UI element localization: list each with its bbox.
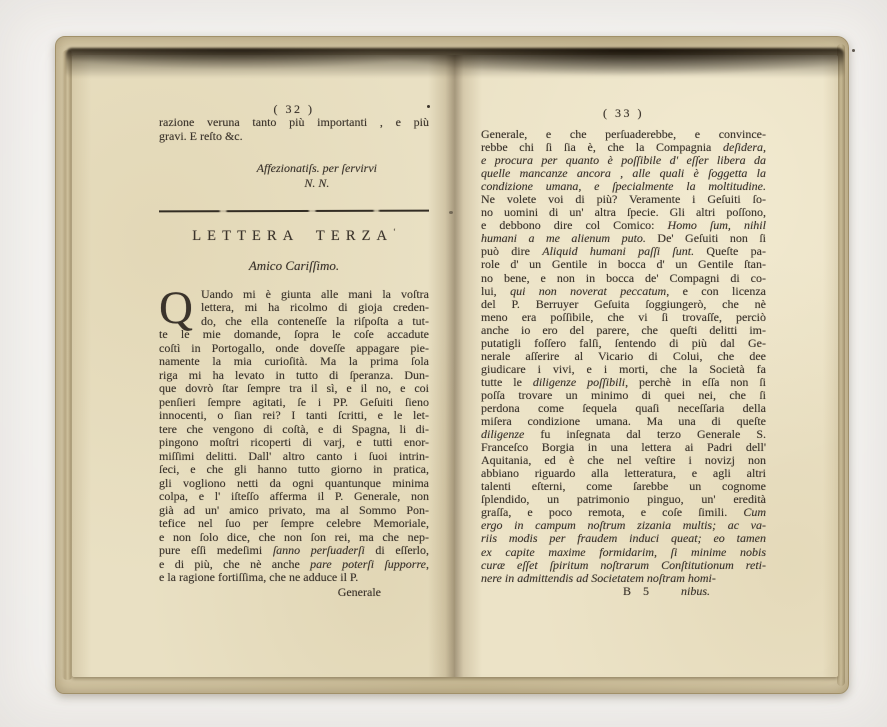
text-segment: condizione umana, e ſpecialmente la molt… xyxy=(481,179,766,193)
text-line: e la ragione fortiſſima, che ne adduce i… xyxy=(159,571,429,585)
text-segment: , e con licenza xyxy=(666,284,766,298)
text-segment: riga mi ha levato in tutto di ſperanza. … xyxy=(159,368,429,382)
letter-heading: LETTERA TERZAʻ xyxy=(159,223,429,245)
text-segment: Aliquid humani paſſi ſunt. xyxy=(542,244,694,258)
text-segment: deſidera, xyxy=(723,140,766,154)
drop-cap-initial: Q xyxy=(159,288,201,327)
right-catchword: nibus. xyxy=(681,585,710,598)
text-segment: pure eſſi medeſimi xyxy=(159,543,273,557)
text-line: gli vogliono netti da ogni quantunque mi… xyxy=(159,477,429,491)
text-segment: e la ragione fortiſſima, che ne adduce i… xyxy=(159,570,358,584)
right-page-footer: B 5 nibus. xyxy=(481,585,766,598)
cover-right-edge xyxy=(837,44,845,687)
text-segment: diligenze poſſibili xyxy=(533,375,625,389)
text-segment: razione veruna tanto più importanti , e … xyxy=(159,115,429,129)
text-segment: , xyxy=(426,557,429,571)
text-line: pure eſſi medeſimi ſanno perſuaderſi di … xyxy=(159,544,429,558)
text-segment: può dire xyxy=(481,244,542,258)
text-segment: Homo ſum, nihil xyxy=(668,218,766,232)
text-line: colpa, e l' iſteſſo afferma il P. Genera… xyxy=(159,490,429,504)
text-segment: ex capite maxime formidarim, ſi minime n… xyxy=(481,545,766,559)
text-line: coſtì in Portogallo, onde doveſſe appaga… xyxy=(159,342,429,356)
text-segment: fu inſegnata dal terzo Generale S. xyxy=(524,427,766,441)
text-segment: quelle mancanze ancora , alle quali è ſo… xyxy=(481,166,766,180)
text-segment: ſanno perſuaderſi xyxy=(273,543,365,557)
ink-speck xyxy=(427,105,430,108)
text-segment: gravi. E reſto &c. xyxy=(159,129,243,143)
text-segment: e debbono dire col Comico: xyxy=(481,218,668,232)
text-segment: tere che vengono di coſtà, e di Spagna, … xyxy=(159,422,429,436)
text-segment: penſieri ſempre agitati, ſe i PP. Geſuit… xyxy=(159,395,429,409)
text-segment: Aquitania, ed è che nel veſtire i novizj… xyxy=(481,453,766,467)
text-segment: gli vogliono netti da ogni quantunque mi… xyxy=(159,476,429,490)
text-segment: tutte le xyxy=(481,375,533,389)
left-page-text-column: ( 32 ) razione veruna tanto più importan… xyxy=(159,102,429,599)
text-line: innocenti, o ſian rei? I tanti ſcritti, … xyxy=(159,409,429,423)
left-catchword: Generale xyxy=(159,586,429,600)
open-pages: ( 32 ) razione veruna tanto più importan… xyxy=(72,55,838,677)
text-line: ſeci, e che gli hanno tutto giorno in pr… xyxy=(159,463,429,477)
text-line: già ad un' amico privato, ma al Sommo Po… xyxy=(159,504,429,518)
text-segment: giudicare i vivi, e i morti, che la Soci… xyxy=(481,362,766,376)
text-segment: coſtì in Portogallo, onde doveſſe appaga… xyxy=(159,341,429,355)
text-line: namente la mia curioſità. Ma la prima ſo… xyxy=(159,355,429,369)
text-line: tefice nel ſuo per ſempre celebre Memori… xyxy=(159,517,429,531)
text-segment: riis modis per fraudem induci queat; eo … xyxy=(481,531,766,545)
text-segment: graſſa, e poco remota, e coſe ſimili. xyxy=(481,505,743,519)
text-segment: te le mie domande, ſopra le coſe accadut… xyxy=(159,327,429,341)
text-segment: Cum xyxy=(743,505,766,519)
text-segment: pingono moſtri ricoperti di varj, e tutt… xyxy=(159,435,429,449)
text-segment: colpa, e l' iſteſſo afferma il P. Genera… xyxy=(159,489,429,503)
text-segment: qui non noverat peccatum xyxy=(510,284,666,298)
text-segment: no bene, e non in bocca de' Compagni di … xyxy=(481,271,766,285)
text-segment: ſplendido, un patrimonio pinguo, un' ere… xyxy=(481,492,766,506)
ink-speck xyxy=(449,211,453,214)
text-segment: curæ eſſet ſpiritum noſtrarum Conſtituti… xyxy=(481,558,766,572)
right-page: ( 33 ) Generale, e che perſuaderebbe, e … xyxy=(455,55,838,677)
text-segment: De' Geſuiti non ſi xyxy=(646,231,766,245)
text-line: gravi. E reſto &c. xyxy=(159,130,429,144)
text-segment: di eſſerlo, xyxy=(365,543,429,557)
text-segment: diligenze xyxy=(481,427,524,441)
signature-mark: B 5 xyxy=(623,585,649,598)
opening-paragraph: Q Uando mi è giunta alle mani la voſtral… xyxy=(159,288,429,585)
left-page-number: ( 32 ) xyxy=(159,102,429,116)
text-line: te le mie domande, ſopra le coſe accadut… xyxy=(159,328,429,342)
text-segment: putatigli foſſero falſi, ſentendo di più… xyxy=(481,336,766,350)
text-segment: Generale, e che perſuaderebbe, e convinc… xyxy=(481,127,766,141)
text-segment: nerale aſſerire al Vicario di Colui, che… xyxy=(481,349,766,363)
text-segment: e di più, che nè anche xyxy=(159,557,310,571)
text-segment: già ad un' amico privato, ma al Sommo Po… xyxy=(159,503,429,517)
book-cover: ( 32 ) razione veruna tanto più importan… xyxy=(55,36,849,694)
text-segment: Franceſco Borgia in una lettera ai Padri… xyxy=(481,440,766,454)
right-page-text-column: ( 33 ) Generale, e che perſuaderebbe, e … xyxy=(481,106,766,598)
text-segment: tefice nel ſuo per ſempre celebre Memori… xyxy=(159,516,429,530)
text-segment: poſſa trovare un minimo di quei nei, che… xyxy=(481,388,766,402)
text-segment: innocenti, o ſian rei? I tanti ſcritti, … xyxy=(159,408,429,422)
text-segment: e non ſolo dice, che non ſon rei, ma che… xyxy=(159,530,429,544)
text-segment: nere in admittendis ad Societatem noſtra… xyxy=(481,571,716,585)
text-line: penſieri ſempre agitati, ſe i PP. Geſuit… xyxy=(159,396,429,410)
heading-ink-mark: ʻ xyxy=(393,227,396,236)
text-line: pingono moſtri ricoperti di varj, e tutt… xyxy=(159,436,429,450)
text-segment: pare poterſi ſupporre xyxy=(310,557,426,571)
text-segment: ergo in campum noſtrum zizania multis; a… xyxy=(481,518,766,532)
photo-background: ( 32 ) razione veruna tanto più importan… xyxy=(0,0,887,727)
text-segment: perdona come ſequela quaſi neceſſaria de… xyxy=(481,401,766,415)
letter-signoff: Affezionatiſs. per ſervirvi N. N. xyxy=(257,161,377,190)
text-segment: ſeci, e che gli hanno tutto giorno in pr… xyxy=(159,462,429,476)
text-segment: talenti eſterni, come ſarebbe un cognome xyxy=(481,479,766,493)
letter-salutation: Amico Cariſſimo. xyxy=(159,259,429,273)
text-segment: meno era poſſibile, che vi ſi trovaſſe, … xyxy=(481,310,766,324)
text-line: riga mi ha levato in tutto di ſperanza. … xyxy=(159,369,429,383)
left-page: ( 32 ) razione veruna tanto più importan… xyxy=(72,55,455,677)
right-page-number: ( 33 ) xyxy=(481,106,766,120)
text-segment: Queſte pa- xyxy=(694,244,766,258)
text-line: miſſimi delitti. Dall' altro canto i ſuo… xyxy=(159,450,429,464)
text-segment: humani a me alienum puto. xyxy=(481,231,646,245)
text-segment: que dovrò ſtar ſempre tra il sì, e il no… xyxy=(159,381,429,395)
text-segment: Ne volete voi di più? Veramente i Geſuit… xyxy=(481,192,766,206)
signoff-initials: N. N. xyxy=(257,176,377,191)
text-segment: lui, xyxy=(481,284,510,298)
text-segment: no uomini di un' altra ſpecie. Gli altri… xyxy=(481,205,766,219)
text-line: tere che vengono di coſtà, e di Spagna, … xyxy=(159,423,429,437)
text-segment: lettera, mi ha ricolmo di gioja creden- xyxy=(201,300,429,314)
text-line: e di più, che nè anche pare poterſi ſupp… xyxy=(159,558,429,572)
text-line: razione veruna tanto più importanti , e … xyxy=(159,116,429,130)
text-line: nere in admittendis ad Societatem noſtra… xyxy=(481,572,766,585)
text-segment: namente la mia curioſità. Ma la prima ſo… xyxy=(159,354,429,368)
text-segment: miſſimi delitti. Dall' altro canto i ſuo… xyxy=(159,449,429,463)
left-body-lines: Uando mi è giunta alle mani la voſtralet… xyxy=(159,288,429,585)
text-segment: rebbe chi ſi ſia è, che la Compagnia xyxy=(481,140,723,154)
text-segment: do, che ella conteneſſe la riſpoſta a tu… xyxy=(201,314,429,328)
text-segment: , perchè in eſſa non ſi xyxy=(625,375,766,389)
text-line: e non ſolo dice, che non ſon rei, ma che… xyxy=(159,531,429,545)
text-segment: del P. Berruyer Geſuita ſoggiungerò, che… xyxy=(481,297,766,311)
text-segment: abbiano riguardo alla letteratura, e agl… xyxy=(481,466,766,480)
section-divider-rule xyxy=(159,210,429,213)
text-segment: e procura per quanto è poſſibile d' eſſe… xyxy=(481,153,766,167)
text-segment: role d' un Gentile in bocca d' un Gentil… xyxy=(481,257,766,271)
signoff-line: Affezionatiſs. per ſervirvi xyxy=(257,161,377,176)
right-body-lines: Generale, e che perſuaderebbe, e convinc… xyxy=(481,128,766,585)
text-segment: miſera condizione umana. Ma una di queſt… xyxy=(481,414,766,428)
text-segment: Uando mi è giunta alle mani la voſtra xyxy=(201,287,429,301)
ink-speck xyxy=(852,49,855,52)
text-line: que dovrò ſtar ſempre tra il sì, e il no… xyxy=(159,382,429,396)
text-segment: anche io ero del parere, che queſti deli… xyxy=(481,323,766,337)
letter-heading-text: LETTERA TERZA xyxy=(192,228,393,244)
left-intro-lines: razione veruna tanto più importanti , e … xyxy=(159,116,429,143)
